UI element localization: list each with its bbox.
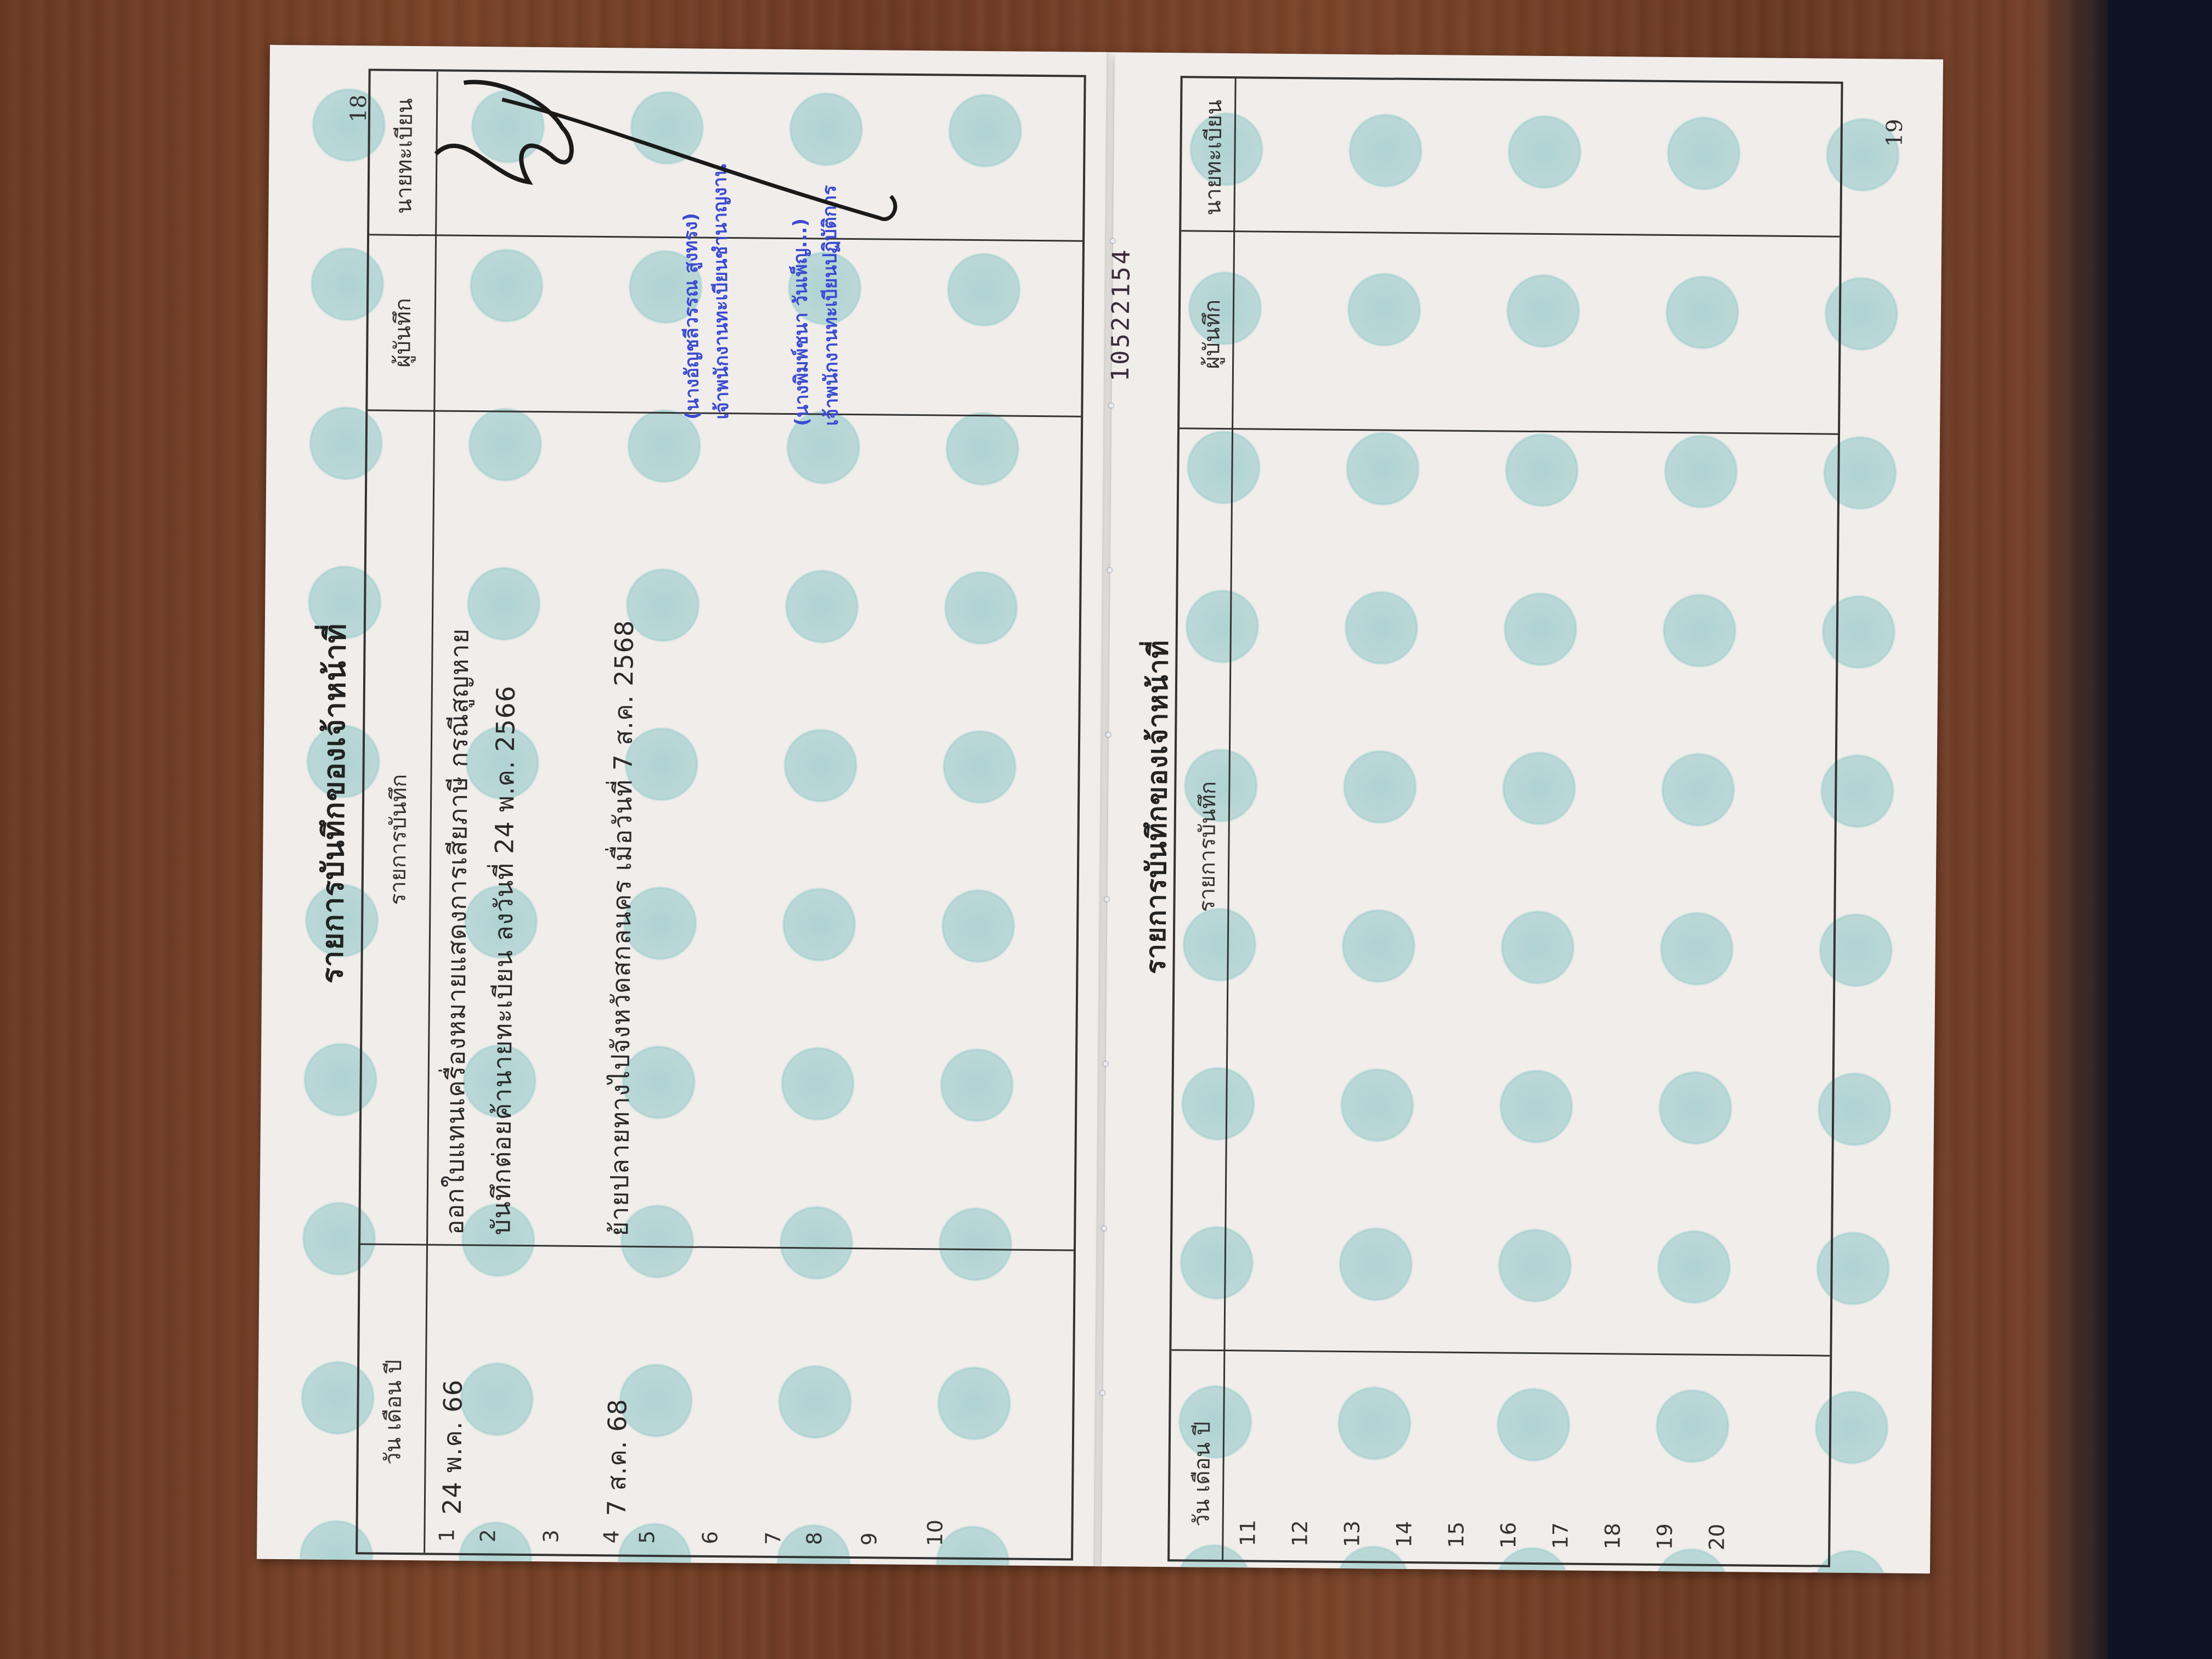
entry-date: 24 พ.ค. 66 [432,1379,473,1515]
binding-stitch [1103,1062,1108,1066]
row-number: 6 [698,1531,722,1544]
row-number: 19 [1652,1523,1677,1550]
row-number: 11 [1235,1520,1260,1547]
header-entry: รายการบันทึก [380,774,416,905]
records-table: วัน เดือน ปี รายการบันทึก ผู้บันทึก นายท… [356,69,1086,1560]
row-number: 3 [539,1530,563,1543]
entry-text: ออกใบแทนเครื่องหมายแสดงการเสียภาษี กรณีส… [435,628,480,1235]
row-number: 9 [857,1532,881,1546]
row-number: 1 [435,1528,459,1542]
binding-stitch [1102,1226,1106,1231]
row-number: 2 [476,1529,500,1543]
row-number: 20 [1705,1523,1729,1550]
registration-book: 18 รายการบันทึกของเจ้าหน้าที่ วัน เดือน … [257,45,1943,1574]
row-number: 5 [635,1530,659,1544]
binding-stitch [1101,1391,1105,1395]
entry-text: ย้ายปลายทางไปจังหวัดสกลนคร เมื่อวันที่ 7… [599,620,645,1237]
row-number: 14 [1392,1521,1416,1548]
row-number: 18 [1600,1523,1624,1550]
dark-background [2108,0,2212,1659]
header-entry: รายการบันทึก [1189,781,1225,912]
left-page-content: 18 รายการบันทึกของเจ้าหน้าที่ วัน เดือน … [257,45,1109,1566]
entry-date: 7 ส.ค. 68 [597,1398,638,1516]
binding-stitch [1108,568,1112,572]
header-recorder: ผู้บันทึก [385,298,420,368]
binding-stitch [1105,897,1109,901]
binding-stitch [1109,403,1113,408]
row-number: 12 [1288,1520,1312,1547]
left-page: 18 รายการบันทึกของเจ้าหน้าที่ วัน เดือน … [257,45,1109,1566]
right-page-content: รายการบันทึกของเจ้าหน้าที่ 10522154 วัน … [1102,52,1943,1573]
row-number: 15 [1444,1521,1468,1548]
entry-text: บันทึกต่อยค้านายทะเบียน ลงวันที่ 24 พ.ค.… [481,685,526,1235]
serial-number: 10522154 [1107,247,1136,381]
header-date: วัน เดือน ปี [375,1359,411,1465]
records-table: วัน เดือน ปี รายการบันทึก ผู้บันทึก นายท… [1167,76,1843,1567]
registrar-signature [430,66,925,268]
row-number: 13 [1340,1521,1364,1548]
page-title: รายการบันทึกของเจ้าหน้าที่ [308,623,359,984]
row-number: 10 [923,1520,947,1547]
page-number: 19 [1882,119,1908,146]
header-recorder: ผู้บันทึก [1194,300,1229,369]
header-date: วัน เดือน ปี [1184,1421,1220,1527]
binding-stitch [1106,732,1110,737]
header-registrar: นายทะเบียน [1195,100,1231,216]
row-number: 8 [802,1532,826,1545]
row-number: 17 [1548,1522,1572,1549]
binding-stitch [1110,239,1115,243]
row-number: 16 [1496,1522,1520,1549]
row-number: 7 [761,1531,785,1545]
right-page: รายการบันทึกของเจ้าหน้าที่ 10522154 วัน … [1102,52,1943,1573]
row-number: 4 [599,1530,623,1544]
header-registrar: นายทะเบียน [386,98,422,214]
